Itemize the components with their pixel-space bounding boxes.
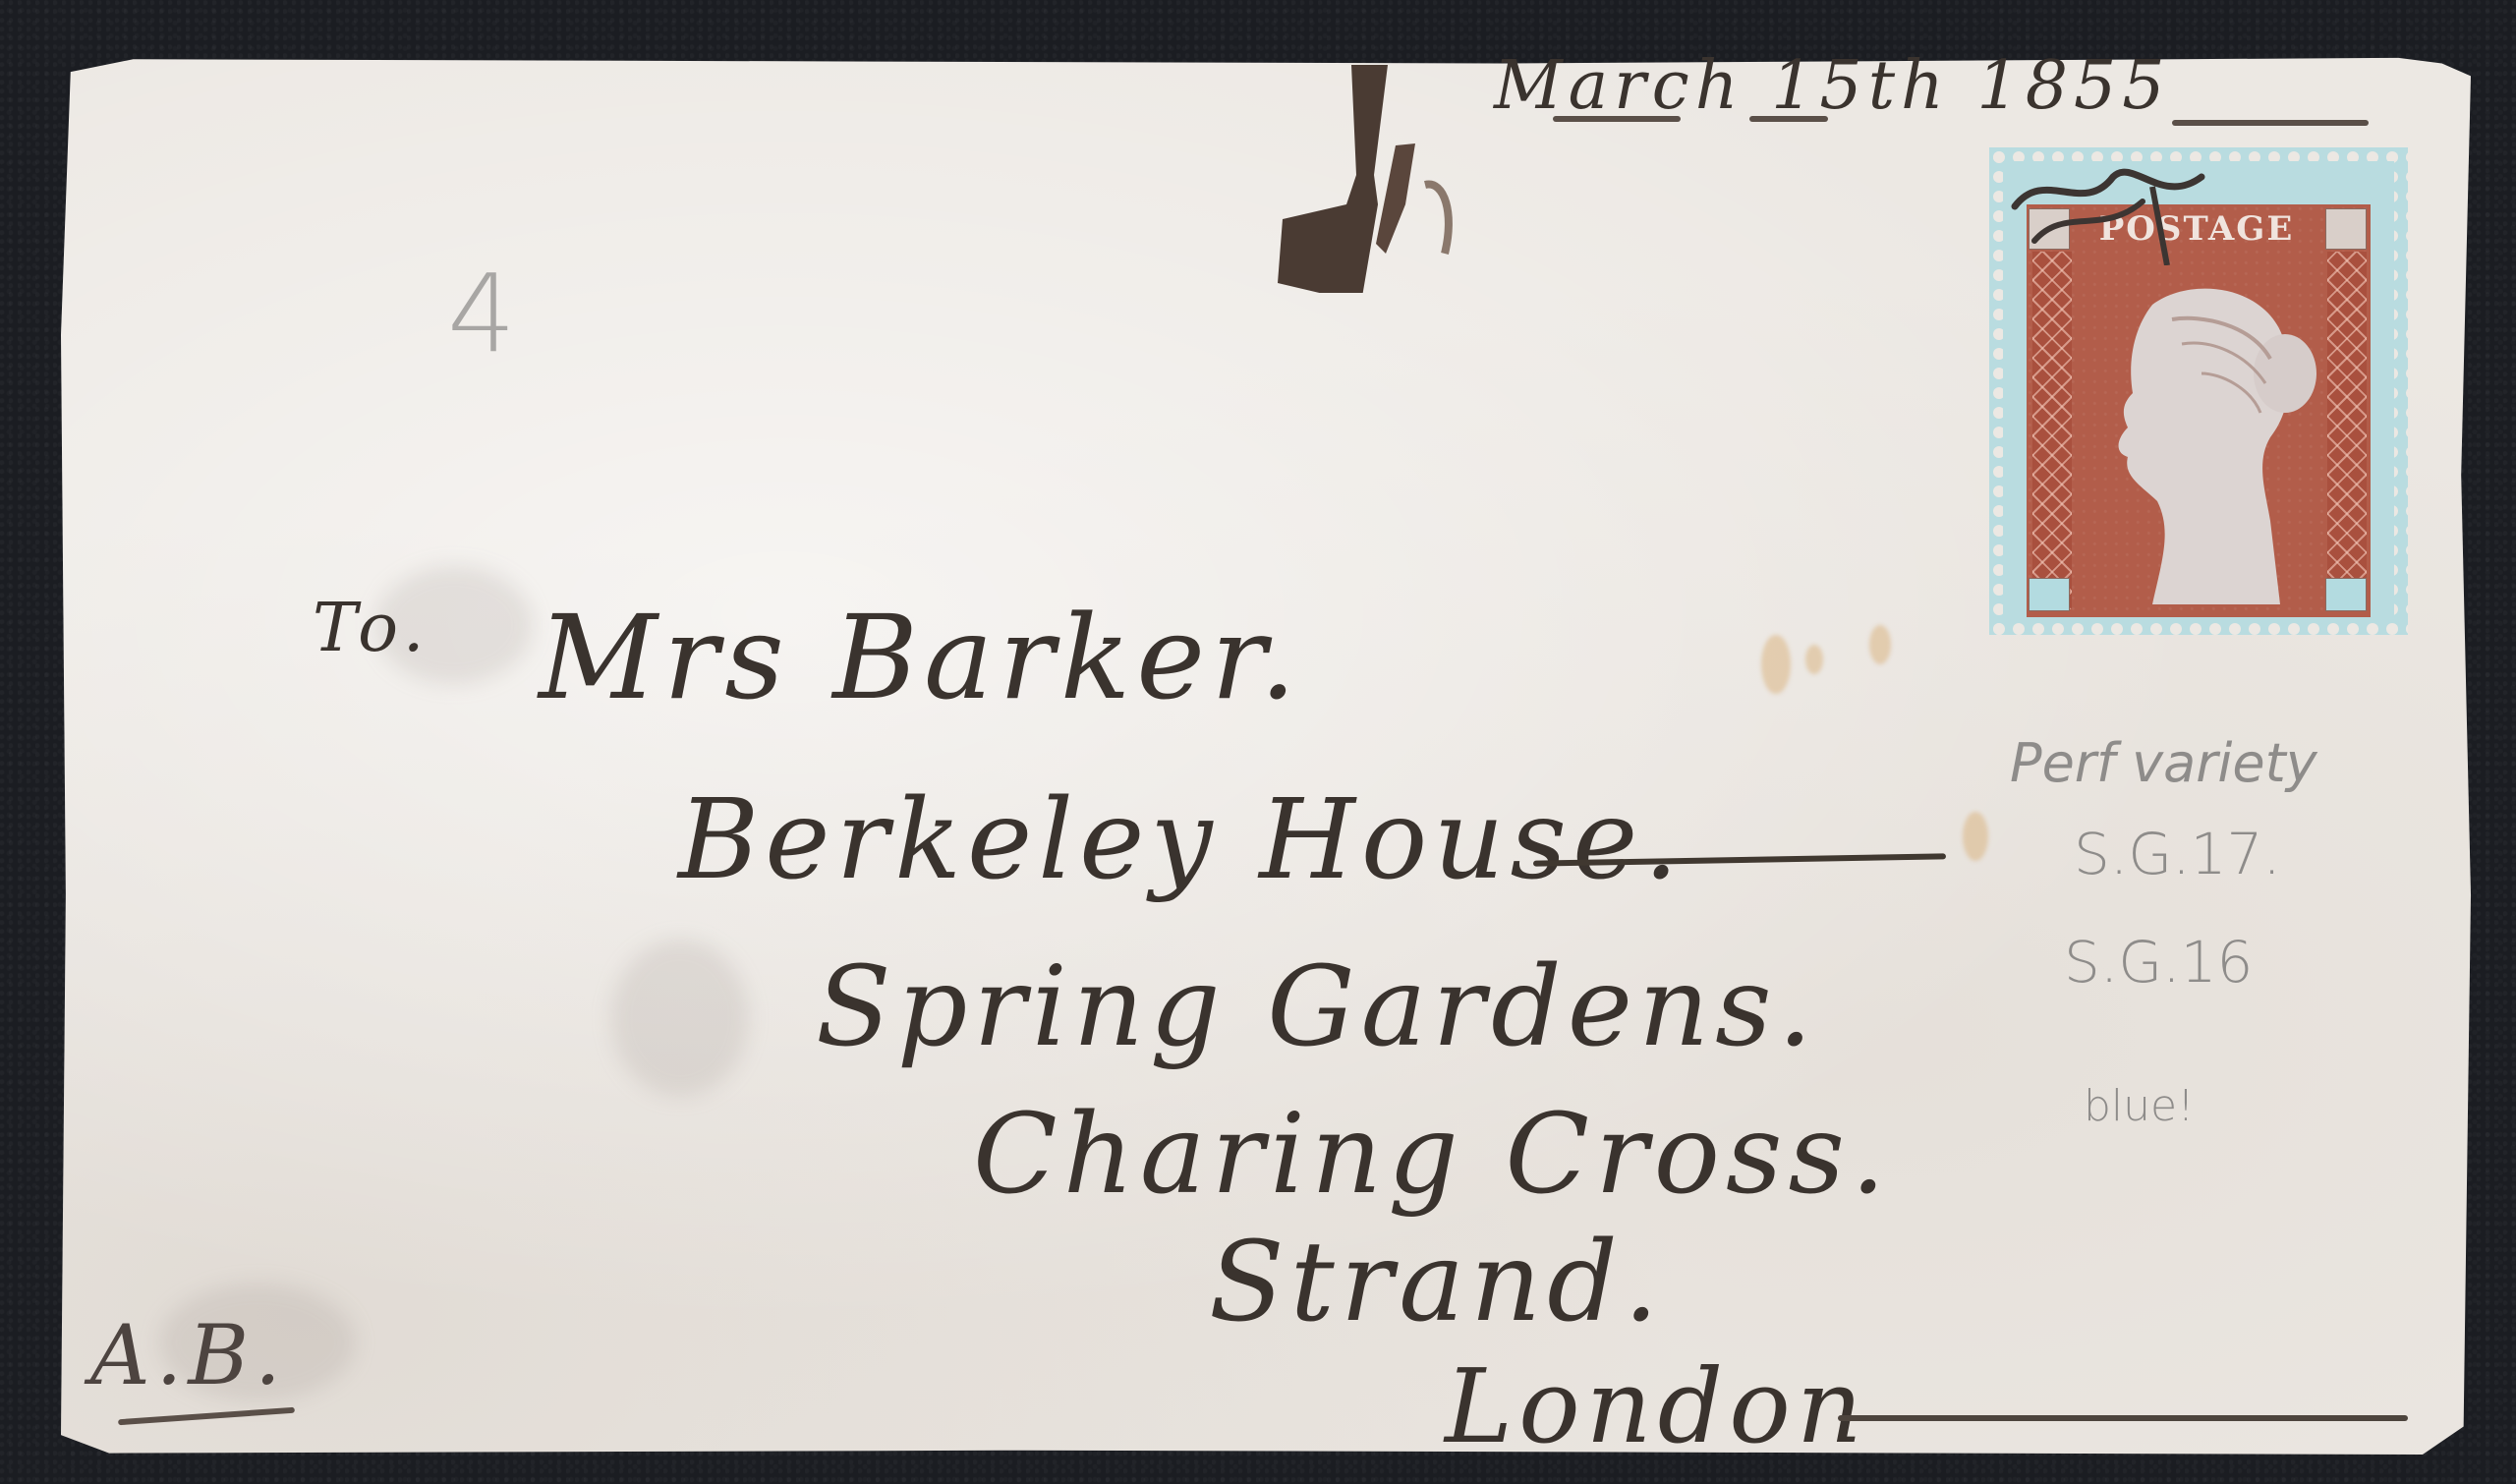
foxing-stain xyxy=(1869,625,1891,664)
date-underline xyxy=(2172,120,2369,126)
date-underline xyxy=(1553,116,1681,122)
monogram: A.B. xyxy=(90,1307,287,1403)
foxing-stain xyxy=(1761,635,1791,694)
pencil-note: S.G.17. xyxy=(2074,821,2281,887)
salutation: To. xyxy=(313,590,429,667)
recipient-name: Mrs Barker. xyxy=(539,590,1302,725)
address-line-4: Strand. xyxy=(1209,1219,1664,1346)
stamp-corner-star-icon xyxy=(2325,208,2367,250)
address-line-2: Spring Gardens. xyxy=(816,943,1818,1071)
address-line-3: Charing Cross. xyxy=(973,1091,1892,1219)
foxing-stain xyxy=(1963,812,1988,861)
ink-blot-mark xyxy=(1248,57,1494,293)
pencil-note: Perf variety xyxy=(2010,732,2317,794)
postmark-cancellation xyxy=(2005,147,2241,265)
queen-victoria-profile-icon xyxy=(2084,265,2339,609)
pencil-number: 4 xyxy=(447,251,516,376)
stamp-border-left xyxy=(2032,252,2072,609)
date-underline xyxy=(1749,116,1828,122)
pencil-note: blue! xyxy=(2084,1081,2195,1131)
stamp-corner-letter xyxy=(2029,578,2070,611)
date-annotation: March 15th 1855 xyxy=(1494,47,2171,125)
address-underline xyxy=(1838,1415,2408,1421)
address-line-5: London xyxy=(1445,1346,1868,1466)
address-line-1: Berkeley House. xyxy=(678,776,1685,904)
smudge xyxy=(611,940,749,1097)
pencil-note: S.G.16 xyxy=(2064,929,2253,996)
foxing-stain xyxy=(1805,645,1823,674)
